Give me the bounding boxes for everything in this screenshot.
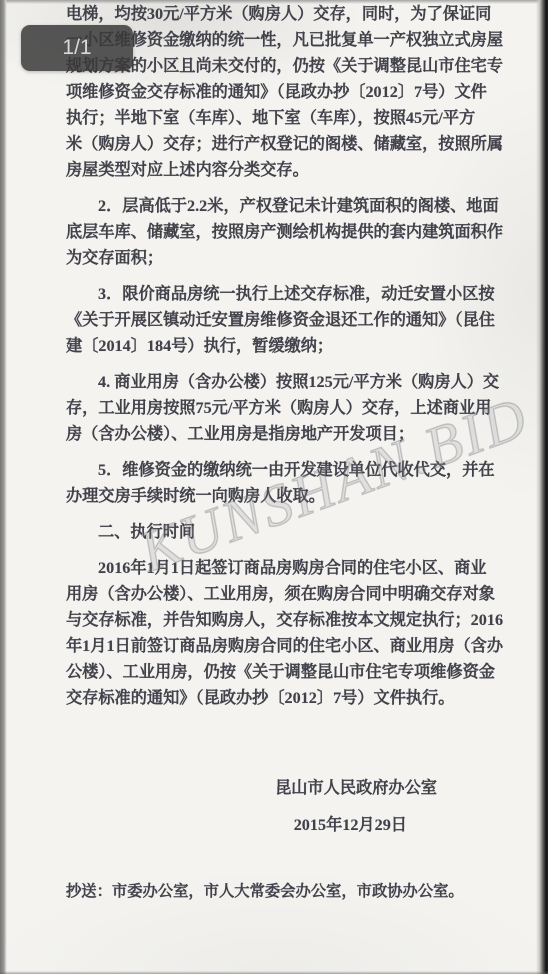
doc-line: 为交存面积； [66, 245, 490, 271]
doc-line: 公楼）、工业用房，仍按《关于调整昆山市住宅专项维修资金 [66, 659, 490, 685]
doc-line: 办理交房手续时统一向购房人收取。 [66, 483, 490, 509]
doc-line: 底层车库、储藏室，按照房产测绘机构提供的套内建筑面积作 [66, 219, 490, 245]
doc-line: 米（购房人）交存；进行产权登记的阁楼、储藏室，按照所属 [66, 131, 490, 157]
signature-date: 2015年12月29日 [66, 812, 490, 838]
doc-line: 用房（含办公楼）、工业用房，须在购房合同中明确交存对象 [66, 581, 490, 607]
document-body: 电梯，均按30元/平方米（购房人）交存，同时，为了保证同 一小区维修资金缴纳的统… [66, 1, 490, 905]
page-indicator-label: 1/1 [62, 36, 91, 60]
photo-document-viewer: 电梯，均按30元/平方米（购房人）交存，同时，为了保证同 一小区维修资金缴纳的统… [0, 0, 548, 974]
doc-line: 5．维修资金的缴纳统一由开发建设单位代收代交，并在 [66, 457, 490, 483]
doc-line: 《关于开展区镇动迁安置房维修资金退还工作的通知》（昆住 [66, 307, 490, 333]
doc-line: 房屋类型对应上述内容分类交存。 [66, 157, 490, 183]
photo-edge-left [0, 0, 7, 974]
doc-line: 与交存标准，并告知购房人，交存标准按本文规定执行；2016 [66, 607, 490, 633]
doc-line: 建〔2014〕184号）执行，暂缓缴纳； [66, 333, 490, 359]
doc-line: 房（含办公楼）、工业用房是指房地产开发项目； [66, 421, 490, 447]
photo-edge-right [536, 0, 548, 974]
doc-line: 4. 商业用房（含办公楼）按照125元/平方米（购房人）交 [66, 369, 490, 395]
doc-line: 执行；半地下室（车库）、地下室（车库），按照45元/平方 [66, 105, 490, 131]
doc-line: 电梯，均按30元/平方米（购房人）交存，同时，为了保证同 [66, 1, 490, 27]
doc-line: 项维修资金交存标准的通知》（昆政办抄〔2012〕7号）文件 [66, 79, 490, 105]
doc-line: 存，工业用房按照75元/平方米（购房人）交存，上述商业用 [66, 395, 490, 421]
doc-line: 2016年1月1日起签订商品房购房合同的住宅小区、商业 [66, 555, 490, 581]
doc-line: 2．层高低于2.2米，产权登记未计建筑面积的阁楼、地面 [66, 193, 490, 219]
signature-org: 昆山市人民政府办公室 [66, 775, 490, 801]
doc-line: 3．限价商品房统一执行上述交存标准，动迁安置小区按 [66, 281, 490, 307]
doc-line: 交存标准的通知》（昆政办抄〔2012〕7号）文件执行。 [66, 685, 490, 711]
doc-line: 年1月1日前签订商品房购房合同的住宅小区、商业用房（含办 [66, 633, 490, 659]
photo-edge-top [0, 0, 548, 4]
page-indicator-badge: 1/1 [21, 25, 133, 71]
cc-footer: 抄送：市委办公室，市人大常委会办公室，市政协办公室。 [66, 879, 490, 905]
section-heading: 二、执行时间 [66, 519, 490, 545]
